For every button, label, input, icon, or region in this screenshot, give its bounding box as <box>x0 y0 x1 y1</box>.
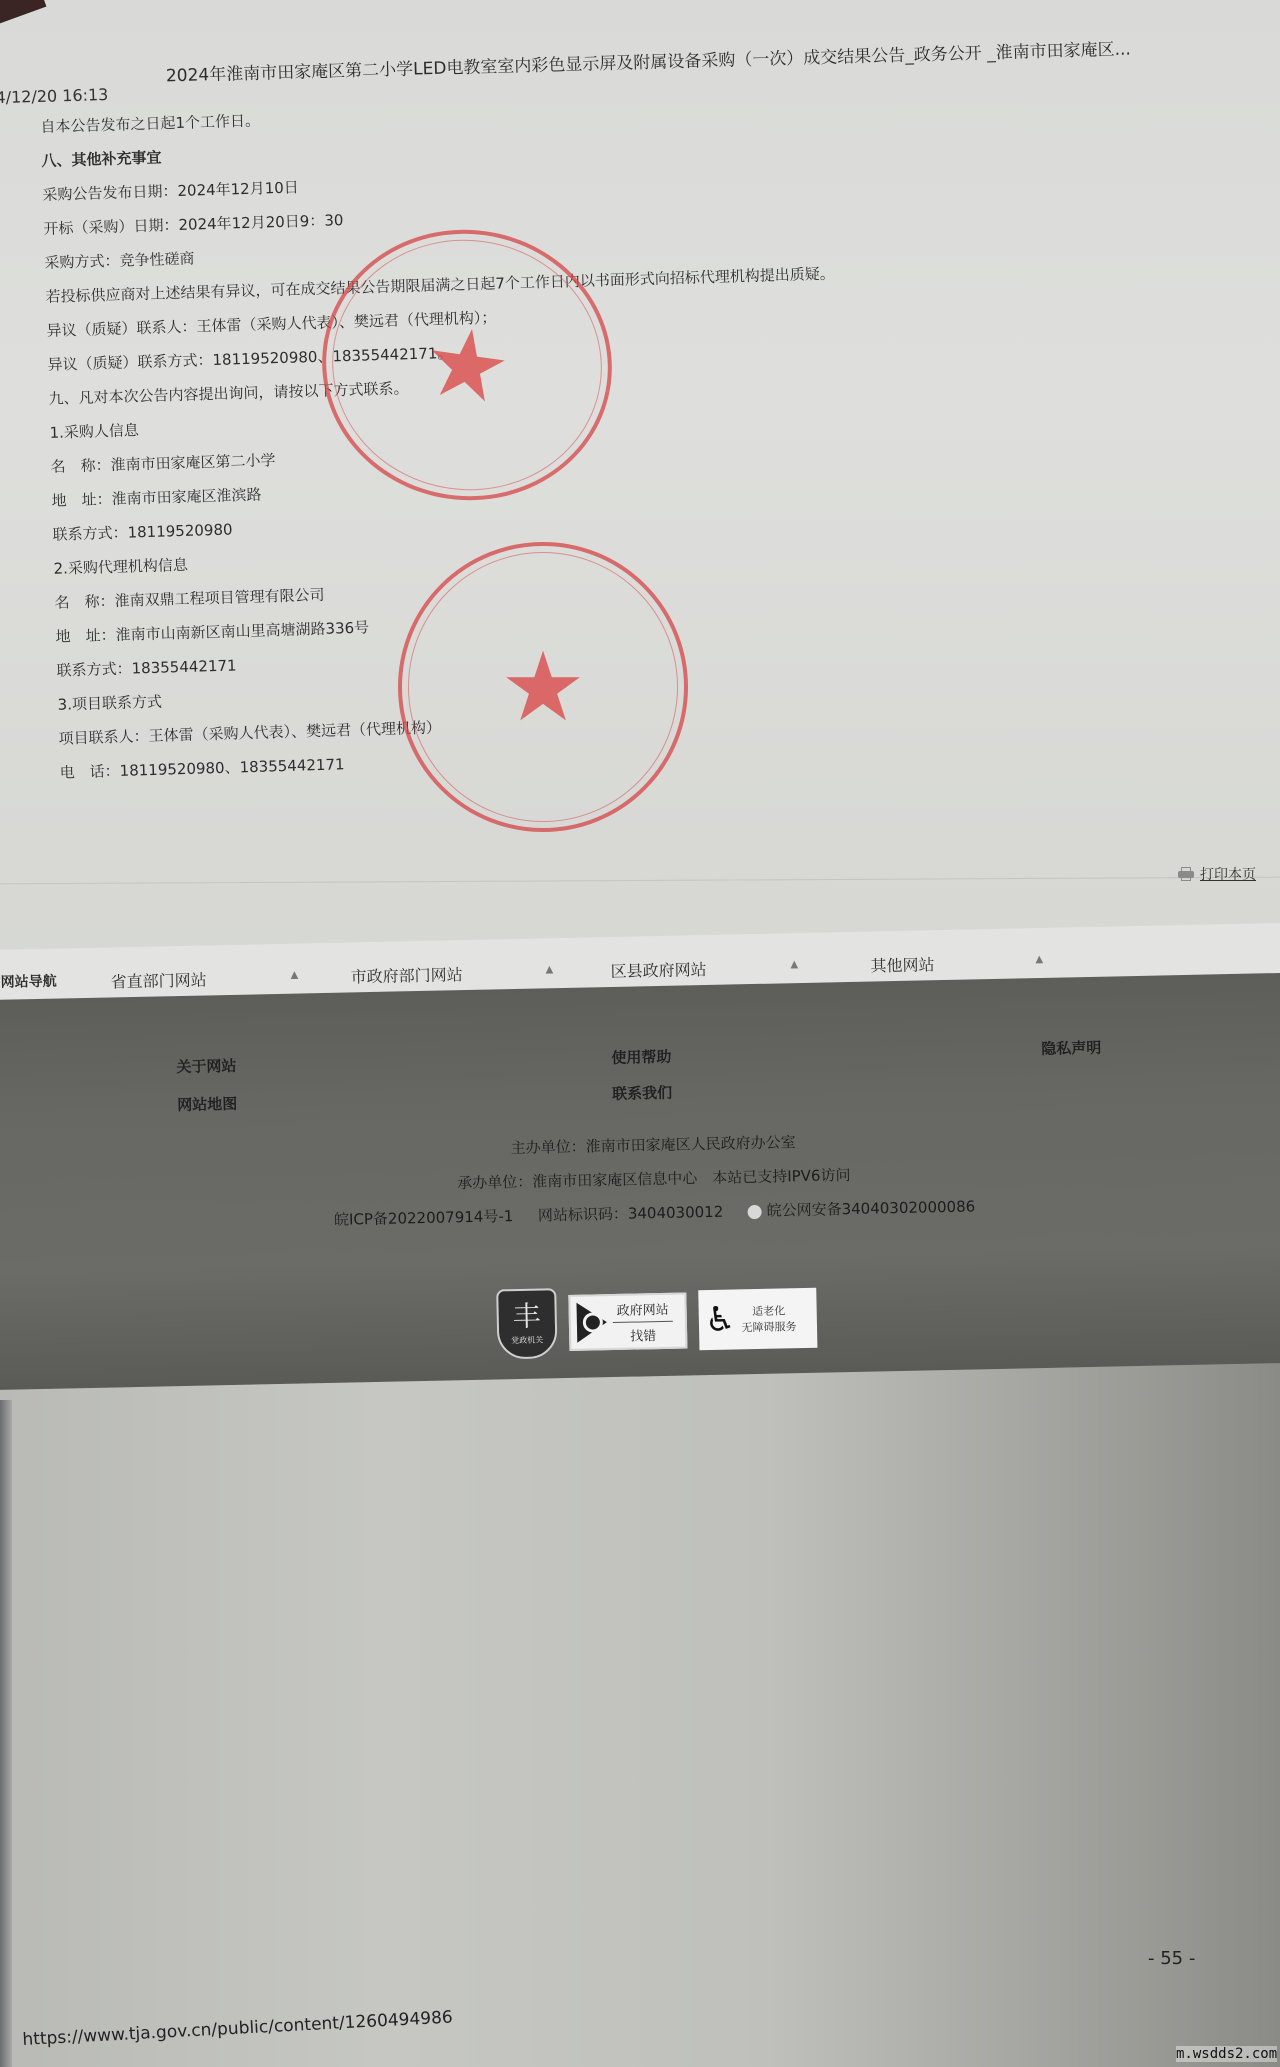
watermark: m.wsdds2.com <box>1176 2046 1277 2062</box>
print-page-label: 打印本页 <box>1200 864 1256 884</box>
print-page-link[interactable]: 打印本页 <box>1178 864 1256 884</box>
site-code: 网站标识码：3404030012 <box>538 1203 724 1225</box>
print-timestamp: 4/12/20 16:13 <box>0 85 109 107</box>
nav-other-sites[interactable]: 其他网站 <box>870 952 934 976</box>
nav-district-sites[interactable]: 区县政府网站 <box>610 957 706 982</box>
party-emblem-icon: 丰 <box>512 1302 541 1331</box>
wheelchair-icon: ♿ <box>705 1302 736 1337</box>
printer-icon <box>1178 867 1194 881</box>
caret-up-icon[interactable]: ▲ <box>290 970 298 981</box>
page-number: - 55 - <box>1148 1948 1195 1969</box>
help-link[interactable]: 使用帮助 <box>611 1046 671 1068</box>
agency-seal-stamp: ★ <box>398 542 688 832</box>
police-emblem-icon <box>748 1204 762 1218</box>
caret-up-icon[interactable]: ▲ <box>790 959 798 970</box>
seal-star-icon: ★ <box>418 311 517 418</box>
page-corner-shadow <box>0 0 46 30</box>
footer-badges: 丰 党政机关 政府网站 找错 ♿ 适老化 无障碍服务 <box>496 1283 817 1360</box>
about-site-link[interactable]: 关于网站 <box>176 1055 236 1077</box>
sitemap-link[interactable]: 网站地图 <box>177 1093 237 1115</box>
printed-page: 4/12/20 16:13 2024年淮南市田家庵区第二小学LED电教室室内彩色… <box>0 0 1280 980</box>
divider <box>0 877 1280 885</box>
page-url: https://www.tja.gov.cn/public/content/12… <box>22 2007 453 2050</box>
print-page-title: 2024年淮南市田家庵区第二小学LED电教室室内彩色显示屏及附属设备采购（一次）… <box>166 34 1132 86</box>
site-footer: 关于网站 网站地图 使用帮助 联系我们 隐私声明 主办单位：淮南市田家庵区人民政… <box>0 972 1280 1390</box>
police-record-link[interactable]: 皖公网安备34040302000086 <box>766 1197 975 1219</box>
privacy-link[interactable]: 隐私声明 <box>1041 1037 1101 1059</box>
magnifier-icon <box>576 1302 607 1343</box>
nav-provincial-sites[interactable]: 省直部门网站 <box>110 967 206 992</box>
contact-us-link[interactable]: 联系我们 <box>612 1082 672 1104</box>
caret-up-icon[interactable]: ▲ <box>1035 954 1043 965</box>
site-nav-label: 网站导航 <box>0 971 56 992</box>
accessibility-badge[interactable]: ♿ 适老化 无障碍服务 <box>698 1288 817 1350</box>
page-edge <box>0 1400 12 2067</box>
seal-star-icon: ★ <box>500 639 586 735</box>
report-error-badge[interactable]: 政府网站 找错 <box>568 1292 687 1350</box>
caret-up-icon[interactable]: ▲ <box>545 964 553 975</box>
icp-record-link[interactable]: 皖ICP备2022007914号-1 <box>334 1207 514 1229</box>
party-government-badge[interactable]: 丰 党政机关 <box>496 1288 557 1359</box>
nav-city-department-sites[interactable]: 市政府部门网站 <box>350 962 462 987</box>
